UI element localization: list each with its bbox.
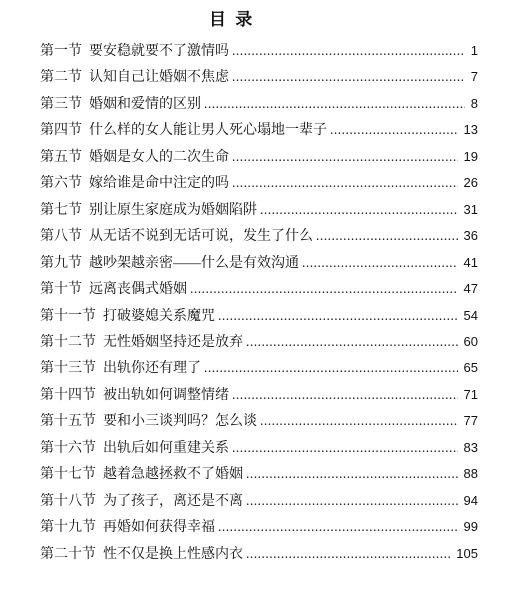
dot-leader: ........................................… [204, 355, 458, 380]
toc-entry[interactable]: 第十节远离丧偶式婚姻..............................… [40, 276, 478, 302]
toc-entry-section: 第七节 [40, 198, 82, 223]
toc-entry[interactable]: 第十四节被出轨如何调整情绪...........................… [40, 382, 478, 408]
toc-entry-section: 第一节 [40, 39, 82, 64]
toc-entry-title: 越着急越拯救不了婚姻 [103, 462, 243, 487]
dot-leader: ........................................… [232, 382, 458, 407]
toc-entry-section: 第十五节 [40, 409, 96, 434]
toc-entry[interactable]: 第八节从无话不说到无话可说，发生了什么.....................… [40, 223, 478, 249]
dot-leader: ........................................… [232, 144, 458, 169]
toc-entry-section: 第十八节 [40, 489, 96, 514]
toc-entry-section: 第五节 [40, 145, 82, 170]
dot-leader: ........................................… [232, 170, 458, 195]
toc-entry-section: 第九节 [40, 251, 82, 276]
dot-leader: ........................................… [232, 435, 458, 460]
toc-entry-page-number: 8 [471, 91, 478, 116]
toc-entry-page-number: 77 [464, 408, 478, 433]
toc-entry-title: 为了孩子，离还是不离 [103, 489, 243, 514]
toc-entry[interactable]: 第三节婚姻和爱情的区别.............................… [40, 91, 478, 117]
toc-entry-title: 婚姻是女人的二次生命 [89, 145, 229, 170]
toc-entry[interactable]: 第十三节出轨你还有理了.............................… [40, 355, 478, 381]
toc-entry-section: 第十七节 [40, 462, 96, 487]
toc-entry[interactable]: 第二节认知自己让婚姻不焦虑...........................… [40, 64, 478, 90]
toc-entry-section: 第十二节 [40, 330, 96, 355]
toc-entry-title: 性不仅是换上性感内衣 [103, 542, 243, 567]
toc-entry-section: 第十九节 [40, 515, 96, 540]
toc-entry[interactable]: 第十一节打破婆媳关系魔咒............................… [40, 303, 478, 329]
toc-entry-page-number: 41 [464, 250, 478, 275]
dot-leader: ........................................… [302, 250, 458, 275]
toc-entry-title: 出轨你还有理了 [103, 356, 201, 381]
toc-entry-page-number: 36 [464, 223, 478, 248]
toc-entry[interactable]: 第四节什么样的女人能让男人死心塌地一辈子....................… [40, 117, 478, 143]
toc-entry[interactable]: 第十六节出轨后如何重建关系...........................… [40, 435, 478, 461]
toc-entry-section: 第二节 [40, 65, 82, 90]
toc-entry-section: 第二十节 [40, 542, 96, 567]
toc-entry-title: 认知自己让婚姻不焦虑 [89, 65, 229, 90]
toc-entry-title: 再婚如何获得幸福 [103, 515, 215, 540]
toc-entry[interactable]: 第一节要安稳就要不了激情吗...........................… [40, 38, 478, 64]
toc-entry-page-number: 94 [464, 488, 478, 513]
toc-entry[interactable]: 第十九节再婚如何获得幸福............................… [40, 514, 478, 540]
toc-entry-title: 无性婚姻坚持还是放弃 [103, 330, 243, 355]
toc-entry-page-number: 19 [464, 144, 478, 169]
dot-leader: ........................................… [246, 541, 450, 566]
toc-entry-title: 远离丧偶式婚姻 [89, 277, 187, 302]
toc-entry-section: 第十节 [40, 277, 82, 302]
toc-entry-title: 要和小三谈判吗？怎么谈 [103, 409, 257, 434]
toc-entry-page-number: 65 [464, 355, 478, 380]
dot-leader: ........................................… [260, 197, 458, 222]
toc-entry-page-number: 105 [456, 541, 478, 566]
dot-leader: ........................................… [246, 329, 458, 354]
dot-leader: ........................................… [190, 276, 458, 301]
toc-entry-title: 打破婆媳关系魔咒 [103, 304, 215, 329]
toc-entry-page-number: 54 [464, 303, 478, 328]
toc-entry-title: 婚姻和爱情的区别 [89, 92, 201, 117]
toc-entry[interactable]: 第九节越吵架越亲密——什么是有效沟通......................… [40, 250, 478, 276]
toc-entry-section: 第六节 [40, 171, 82, 196]
dot-leader: ........................................… [246, 488, 458, 513]
toc-entry-page-number: 47 [464, 276, 478, 301]
dot-leader: ........................................… [204, 91, 465, 116]
toc-entry-page-number: 1 [471, 38, 478, 63]
toc-entry-page-number: 88 [464, 461, 478, 486]
toc-entry-section: 第三节 [40, 92, 82, 117]
toc-entry-title: 什么样的女人能让男人死心塌地一辈子 [89, 118, 327, 143]
toc-entry-page-number: 83 [464, 435, 478, 460]
toc-entry[interactable]: 第十八节为了孩子，离还是不离..........................… [40, 488, 478, 514]
toc-entry-page-number: 13 [464, 117, 478, 142]
toc-entry-title: 嫁给谁是命中注定的吗 [89, 171, 229, 196]
dot-leader: ........................................… [246, 461, 458, 486]
toc-entry-page-number: 99 [464, 514, 478, 539]
dot-leader: ........................................… [218, 303, 458, 328]
toc-entry[interactable]: 第十七节越着急越拯救不了婚姻..........................… [40, 461, 478, 487]
toc-entry[interactable]: 第十五节要和小三谈判吗？怎么谈.........................… [40, 408, 478, 434]
toc-entry-section: 第十四节 [40, 383, 96, 408]
toc-entry-page-number: 7 [471, 64, 478, 89]
toc-entry-section: 第四节 [40, 118, 82, 143]
toc-entry-title: 从无话不说到无话可说，发生了什么 [89, 224, 313, 249]
toc-entry-section: 第十六节 [40, 436, 96, 461]
toc-entry-section: 第八节 [40, 224, 82, 249]
toc-list: 第一节要安稳就要不了激情吗...........................… [40, 38, 478, 567]
toc-entry-section: 第十一节 [40, 304, 96, 329]
dot-leader: ........................................… [232, 64, 465, 89]
toc-entry-page-number: 26 [464, 170, 478, 195]
toc-entry[interactable]: 第五节婚姻是女人的二次生命...........................… [40, 144, 478, 170]
toc-entry-title: 要安稳就要不了激情吗 [89, 39, 229, 64]
toc-entry-page-number: 60 [464, 329, 478, 354]
dot-leader: ........................................… [260, 408, 458, 433]
toc-entry-section: 第十三节 [40, 356, 96, 381]
toc-page: 目 录 第一节要安稳就要不了激情吗.......................… [0, 0, 529, 597]
dot-leader: ........................................… [232, 38, 465, 63]
toc-entry-title: 被出轨如何调整情绪 [103, 383, 229, 408]
toc-entry[interactable]: 第十二节无性婚姻坚持还是放弃..........................… [40, 329, 478, 355]
page-title: 目 录 [209, 9, 252, 31]
dot-leader: ........................................… [316, 223, 458, 248]
dot-leader: ........................................… [330, 117, 458, 142]
toc-entry-page-number: 31 [464, 197, 478, 222]
toc-entry[interactable]: 第二十节性不仅是换上性感内衣..........................… [40, 541, 478, 567]
toc-entry[interactable]: 第七节别让原生家庭成为婚姻陷阱.........................… [40, 197, 478, 223]
toc-entry-title: 越吵架越亲密——什么是有效沟通 [89, 251, 299, 276]
toc-entry-title: 出轨后如何重建关系 [103, 436, 229, 461]
toc-entry-title: 别让原生家庭成为婚姻陷阱 [89, 198, 257, 223]
toc-entry-page-number: 71 [464, 382, 478, 407]
toc-entry[interactable]: 第六节嫁给谁是命中注定的吗...........................… [40, 170, 478, 196]
dot-leader: ........................................… [218, 514, 458, 539]
